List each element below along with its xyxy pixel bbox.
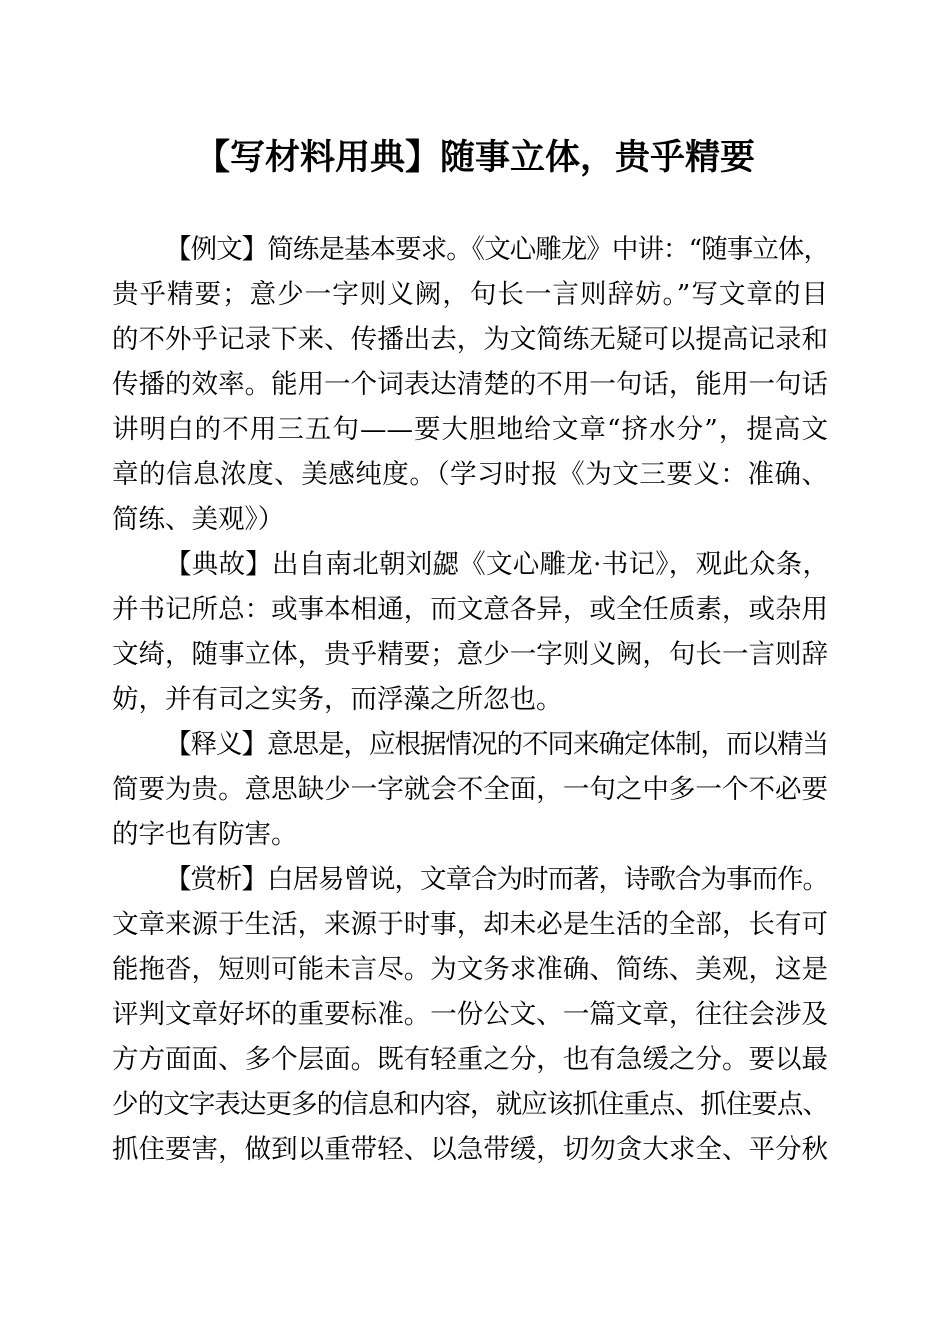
document-body: 【例文】简练是基本要求。《文心雕龙》中讲：“随事立体， 贵乎精要；意少一字则义阙… bbox=[112, 227, 828, 1172]
text-line: 的不外乎记录下来、传播出去，为文简练无疑可以提高记录和 bbox=[112, 317, 828, 362]
paragraph-shiyi: 【释义】意思是，应根据情况的不同来确定体制，而以精当 简要为贵。意思缺少一字就会… bbox=[112, 722, 828, 857]
text-line: 讲明白的不用三五句——要大胆地给文章“挤水分”，提高文 bbox=[112, 407, 828, 452]
text-line: 文绮，随事立体，贵乎精要；意少一字则义阙，句长一言则辞 bbox=[112, 632, 828, 677]
text-line: 少的文字表达更多的信息和内容，就应该抓住重点、抓住要点、 bbox=[112, 1082, 828, 1127]
text-line: 传播的效率。能用一个词表达清楚的不用一句话，能用一句话 bbox=[112, 362, 828, 407]
text-line: 简练、美观》） bbox=[112, 497, 828, 542]
document-page: 【写材料用典】随事立体，贵乎精要 【例文】简练是基本要求。《文心雕龙》中讲：“随… bbox=[0, 0, 950, 1344]
text-line: 能拖沓，短则可能未言尽。为文务求准确、简练、美观，这是 bbox=[112, 947, 828, 992]
paragraph-shangxi: 【赏析】白居易曾说，文章合为时而著，诗歌合为事而作。 文章来源于生活，来源于时事… bbox=[112, 857, 828, 1172]
text-line: 【例文】简练是基本要求。《文心雕龙》中讲：“随事立体， bbox=[112, 227, 828, 272]
text-line: 简要为贵。意思缺少一字就会不全面，一句之中多一个不必要 bbox=[112, 767, 828, 812]
text-line: 并书记所总：或事本相通，而文意各异，或全任质素，或杂用 bbox=[112, 587, 828, 632]
paragraph-liwen: 【例文】简练是基本要求。《文心雕龙》中讲：“随事立体， 贵乎精要；意少一字则义阙… bbox=[112, 227, 828, 542]
text-line: 【赏析】白居易曾说，文章合为时而著，诗歌合为事而作。 bbox=[112, 857, 828, 902]
document-title: 【写材料用典】随事立体，贵乎精要 bbox=[0, 134, 950, 182]
text-line: 评判文章好坏的重要标准。一份公文、一篇文章，往往会涉及 bbox=[112, 992, 828, 1037]
text-line: 抓住要害，做到以重带轻、以急带缓，切勿贪大求全、平分秋 bbox=[112, 1127, 828, 1172]
text-line: 贵乎精要；意少一字则义阙，句长一言则辞妨。”写文章的目 bbox=[112, 272, 828, 317]
text-line: 文章来源于生活，来源于时事，却未必是生活的全部，长有可 bbox=[112, 902, 828, 947]
paragraph-diangu: 【典故】出自南北朝刘勰《文心雕龙·书记》，观此众条， 并书记所总：或事本相通，而… bbox=[112, 542, 828, 722]
text-line: 【典故】出自南北朝刘勰《文心雕龙·书记》，观此众条， bbox=[112, 542, 828, 587]
text-line: 方方面面、多个层面。既有轻重之分，也有急缓之分。要以最 bbox=[112, 1037, 828, 1082]
text-line: 【释义】意思是，应根据情况的不同来确定体制，而以精当 bbox=[112, 722, 828, 767]
text-line: 妨，并有司之实务，而浮藻之所忽也。 bbox=[112, 677, 828, 722]
text-line: 的字也有防害。 bbox=[112, 812, 828, 857]
text-line: 章的信息浓度、美感纯度。（学习时报《为文三要义：准确、 bbox=[112, 452, 828, 497]
